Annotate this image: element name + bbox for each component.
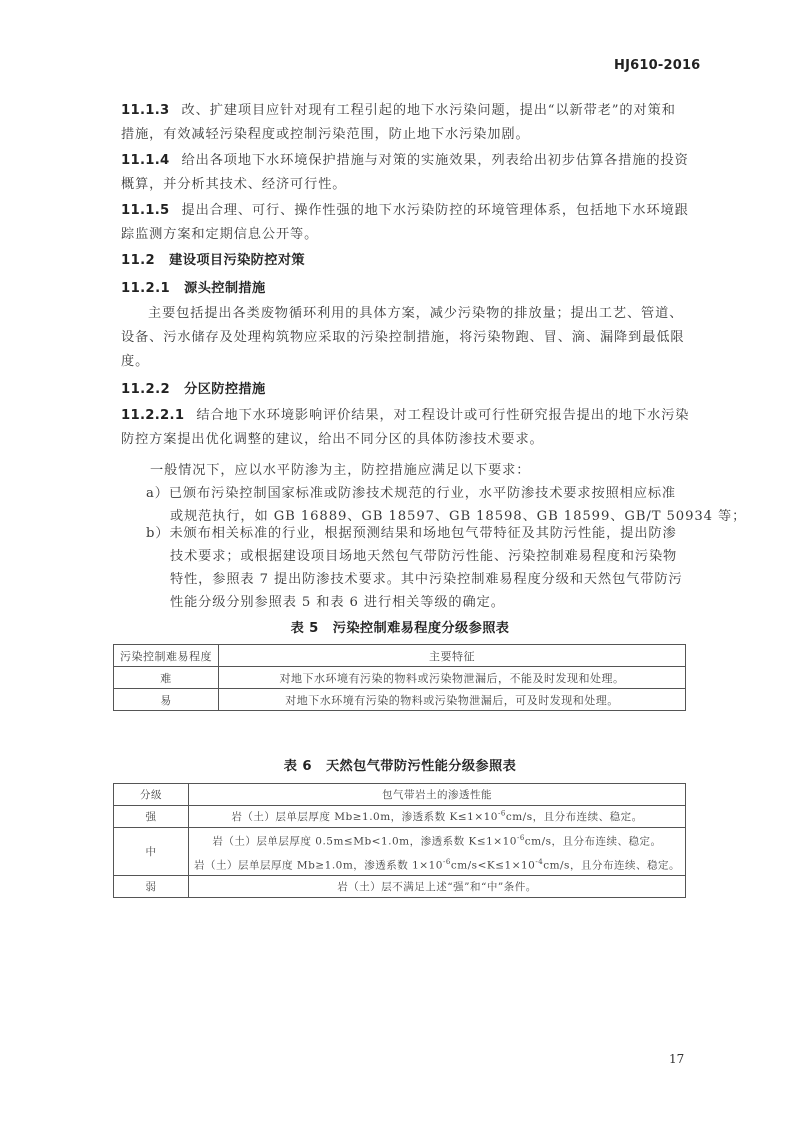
clause-11-2-2-1-line-2: 防控方案提出优化调整的建议，给出不同分区的具体防渗技术要求。	[121, 428, 544, 447]
permeability-cell: 岩（土）层不满足上述“强”和“中”条件。	[189, 876, 686, 898]
item-b-label: b）	[146, 526, 169, 541]
table-header-row: 污染控制难易程度 主要特征	[114, 645, 686, 667]
table-row: 易 对地下水环境有污染的物料或污染物泄漏后，可及时发现和处理。	[114, 689, 686, 711]
header-cell: 包气带岩土的渗透性能	[189, 784, 686, 806]
difficulty-cell: 易	[114, 689, 219, 711]
section-heading-11-2: 11.2建设项目污染防控对策	[121, 249, 305, 268]
permeability-line: 岩（土）层单层厚度 Mb≥1.0m，渗透系数 1×10-6cm/s<K≤1×10…	[189, 852, 685, 876]
clause-number: 11.1.4	[121, 153, 170, 168]
page-number: 17	[669, 1052, 684, 1066]
item-a-label: a）	[146, 486, 169, 501]
table-row: 弱 岩（土）层不满足上述“强”和“中”条件。	[114, 876, 686, 898]
table-row: 强 岩（土）层单层厚度 Mb≥1.0m，渗透系数 K≤1×10-6cm/s，且分…	[114, 806, 686, 828]
table-5: 污染控制难易程度 主要特征 难 对地下水环境有污染的物料或污染物泄漏后，不能及时…	[113, 644, 686, 711]
grade-cell: 中	[114, 828, 189, 876]
table-row: 难 对地下水环境有污染的物料或污染物泄漏后，不能及时发现和处理。	[114, 667, 686, 689]
clause-11-1-5-line-1: 11.1.5提出合理、可行、操作性强的地下水污染防控的环境管理体系，包括地下水环…	[121, 199, 689, 218]
paragraph-source-control-line-1: 主要包括提出各类废物循环利用的具体方案，减少污染物的排放量；提出工艺、管道、	[148, 302, 683, 321]
permeability-line: 岩（土）层单层厚度 0.5m≤Mb<1.0m，渗透系数 K≤1×10-6cm/s…	[189, 828, 685, 852]
table-5-caption: 表 5污染控制难易程度分级参照表	[0, 617, 800, 636]
clause-number: 11.1.3	[121, 103, 170, 118]
item-b-line-3: 特性，参照表 7 提出防渗技术要求。其中污染控制难易程度分级和天然包气带防污	[170, 568, 683, 587]
header-cell: 分级	[114, 784, 189, 806]
item-a-line-1: a）已颁布污染控制国家标准或防渗技术规范的行业，水平防渗技术要求按照相应标准	[146, 482, 676, 501]
clause-11-1-5-line-2: 踪监测方案和定期信息公开等。	[121, 223, 318, 242]
clause-number: 11.1.5	[121, 203, 170, 218]
clause-11-1-3-line-2: 措施，有效减轻污染程度或控制污染范围，防止地下水污染加剧。	[121, 123, 530, 142]
feature-cell: 对地下水环境有污染的物料或污染物泄漏后，不能及时发现和处理。	[219, 667, 686, 689]
clause-number: 11.2.2.1	[121, 408, 184, 423]
document-code: HJ610-2016	[614, 58, 700, 73]
item-b-line-2: 技术要求；或根据建设项目场地天然包气带防污性能、污染控制难易程度和污染物	[170, 545, 677, 564]
paragraph-source-control-line-2: 设备、污水储存及处理构筑物应采取的污染控制措施，将污染物跑、冒、滴、漏降到最低限	[121, 326, 685, 345]
header-cell: 污染控制难易程度	[114, 645, 219, 667]
table-6-caption: 表 6天然包气带防污性能分级参照表	[0, 755, 800, 774]
clause-11-1-4-line-1: 11.1.4给出各项地下水环境保护措施与对策的实施效果，列表给出初步估算各措施的…	[121, 149, 689, 168]
item-b-line-1: b）未颁布相关标准的行业，根据预测结果和场地包气带特征及其防污性能，提出防渗	[146, 522, 677, 541]
grade-cell: 弱	[114, 876, 189, 898]
header-cell: 主要特征	[219, 645, 686, 667]
grade-cell: 强	[114, 806, 189, 828]
permeability-cell: 岩（土）层单层厚度 0.5m≤Mb<1.0m，渗透系数 K≤1×10-6cm/s…	[189, 828, 686, 876]
feature-cell: 对地下水环境有污染的物料或污染物泄漏后，可及时发现和处理。	[219, 689, 686, 711]
clause-11-1-3-line-1: 11.1.3改、扩建项目应针对现有工程引起的地下水污染问题，提出“以新带老”的对…	[121, 99, 676, 118]
clause-11-1-4-line-2: 概算，并分析其技术、经济可行性。	[121, 173, 346, 192]
general-requirement: 一般情况下，应以水平防渗为主，防控措施应满足以下要求：	[150, 459, 530, 478]
table-row: 中 岩（土）层单层厚度 0.5m≤Mb<1.0m，渗透系数 K≤1×10-6cm…	[114, 828, 686, 876]
item-b-line-4: 性能分级分别参照表 5 和表 6 进行相关等级的确定。	[170, 591, 505, 610]
difficulty-cell: 难	[114, 667, 219, 689]
table-header-row: 分级 包气带岩土的渗透性能	[114, 784, 686, 806]
paragraph-source-control-line-3: 度。	[121, 350, 149, 369]
section-heading-11-2-2: 11.2.2分区防控措施	[121, 378, 266, 397]
clause-11-2-2-1-line-1: 11.2.2.1结合地下水环境影响评价结果，对工程设计或可行性研究报告提出的地下…	[121, 404, 689, 423]
section-heading-11-2-1: 11.2.1源头控制措施	[121, 277, 266, 296]
table-6: 分级 包气带岩土的渗透性能 强 岩（土）层单层厚度 Mb≥1.0m，渗透系数 K…	[113, 783, 686, 898]
permeability-cell: 岩（土）层单层厚度 Mb≥1.0m，渗透系数 K≤1×10-6cm/s，且分布连…	[189, 806, 686, 828]
